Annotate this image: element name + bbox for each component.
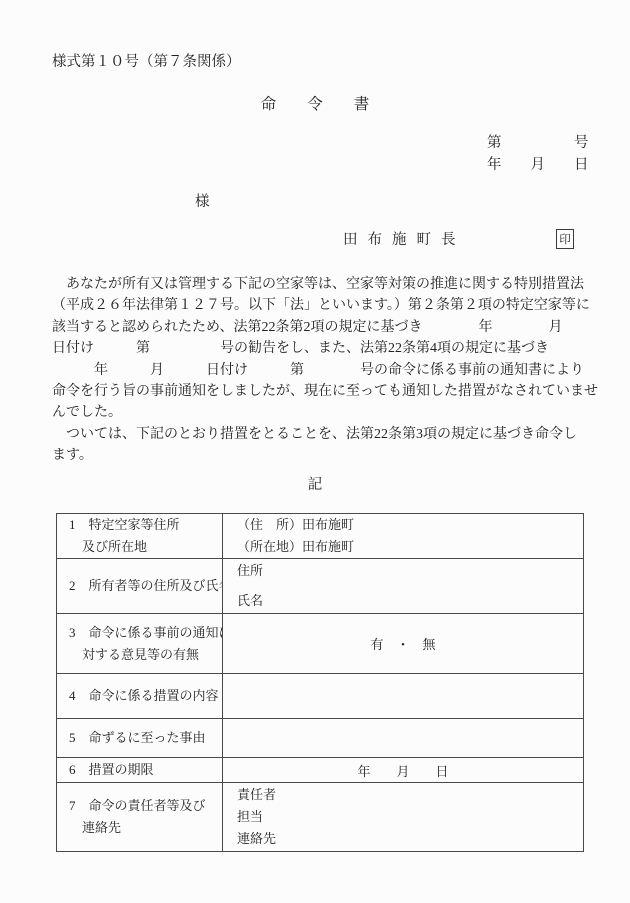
row6-label-cell: 6 措置の期限 [57, 758, 223, 783]
row7-contact-label: 連絡先 [237, 828, 583, 850]
row5-label: 5 命ずるに至った事由 [69, 727, 220, 749]
row2-name-field-label: 氏名 [237, 590, 583, 612]
row4-label-cell: 4 命令に係る措置の内容 [57, 674, 223, 719]
row4-value-cell [223, 674, 584, 719]
row4-label: 4 命令に係る措置の内容 [69, 685, 220, 707]
row1-label-line2: 及び所在地 [69, 536, 220, 558]
document-title: 命 令 書 [0, 92, 630, 114]
row2-address-field-label: 住所 [237, 560, 583, 582]
row2-value-cell: 住所 氏名 [223, 559, 584, 614]
seal-mark: 印 [559, 231, 571, 247]
body-line: ます。 [52, 445, 598, 466]
row7-label-line1: 7 命令の責任者等及び [69, 795, 220, 817]
body-line: んでした。 [52, 402, 598, 423]
form-number-label: 様式第１０号（第７条関係） [52, 50, 241, 71]
row7-value-cell: 責任者 担当 連絡先 [223, 783, 584, 852]
row3-label-line1: 3 命令に係る事前の通知に [69, 622, 220, 644]
row7-label-cell: 7 命令の責任者等及び 連絡先 [57, 783, 223, 852]
row3-yes-no-choice: 有 ・ 無 [223, 614, 584, 674]
table-row: 1 特定空家等住所 及び所在地 （住 所）田布施町 （所在地）田布施町 [57, 514, 584, 559]
row1-label-line1: 1 特定空家等住所 [69, 514, 220, 536]
table-row: 5 命ずるに至った事由 [57, 719, 584, 758]
table-row: 7 命令の責任者等及び 連絡先 責任者 担当 連絡先 [57, 783, 584, 852]
row2-label-cell: 2 所有者等の住所及び氏名 [57, 559, 223, 614]
body-line: あなたが所有又は管理する下記の空家等は、空家等対策の推進に関する特別措置法 [52, 274, 598, 295]
row7-label-line2: 連絡先 [69, 817, 220, 839]
row5-label-cell: 5 命ずるに至った事由 [57, 719, 223, 758]
row2-label: 2 所有者等の住所及び氏名 [69, 575, 220, 597]
row1-location-value: （所在地）田布施町 [237, 536, 583, 558]
table-row: 6 措置の期限 年 月 日 [57, 758, 584, 783]
row1-address-value: （住 所）田布施町 [237, 514, 583, 536]
table-row: 4 命令に係る措置の内容 [57, 674, 584, 719]
table-row: 3 命令に係る事前の通知に 対する意見等の有無 有 ・ 無 [57, 614, 584, 674]
row6-label: 6 措置の期限 [69, 759, 220, 781]
body-paragraph: あなたが所有又は管理する下記の空家等は、空家等対策の推進に関する特別措置法 （平… [52, 274, 598, 467]
document-page: 様式第１０号（第７条関係） 命 令 書 第 号 年 月 日 様 田布施町長 印 … [0, 0, 630, 903]
row1-value-cell: （住 所）田布施町 （所在地）田布施町 [223, 514, 584, 559]
date-blank: 年 月 日 [487, 153, 589, 174]
ki-marker: 記 [0, 473, 630, 494]
issuer-title: 田布施町長 [343, 228, 466, 249]
row1-label-cell: 1 特定空家等住所 及び所在地 [57, 514, 223, 559]
row3-label-line2: 対する意見等の有無 [69, 644, 220, 666]
table-row: 2 所有者等の住所及び氏名 住所 氏名 [57, 559, 584, 614]
addressee-suffix: 様 [195, 190, 210, 211]
row5-value-cell [223, 719, 584, 758]
body-line: 該当すると認められたため、法第22条第2項の規定に基づき 年 月 [52, 317, 598, 338]
row7-responsible-person-label: 責任者 [237, 784, 583, 806]
body-line: ついては、下記のとおり措置をとることを、法第22条第3項の規定に基づき命令し [52, 424, 598, 445]
row3-label-cell: 3 命令に係る事前の通知に 対する意見等の有無 [57, 614, 223, 674]
order-details-table: 1 特定空家等住所 及び所在地 （住 所）田布施町 （所在地）田布施町 2 所有… [56, 513, 584, 852]
body-line: 日付け 第 号の勧告をし、また、法第22条第4項の規定に基づき [52, 338, 598, 359]
body-line: （平成２６年法律第１２７号。以下「法」といいます。）第２条第２項の特定空家等に [52, 295, 598, 316]
body-line: 命令を行う旨の事前通知をしましたが、現在に至っても通知した措置がなされていませ [52, 381, 598, 402]
body-line: 年 月 日付け 第 号の命令に係る事前の通知書により [52, 360, 598, 381]
row7-staff-label: 担当 [237, 806, 583, 828]
seal-box: 印 [556, 229, 574, 249]
row6-deadline-date-blank: 年 月 日 [223, 758, 584, 783]
document-number-blank: 第 号 [487, 131, 589, 152]
